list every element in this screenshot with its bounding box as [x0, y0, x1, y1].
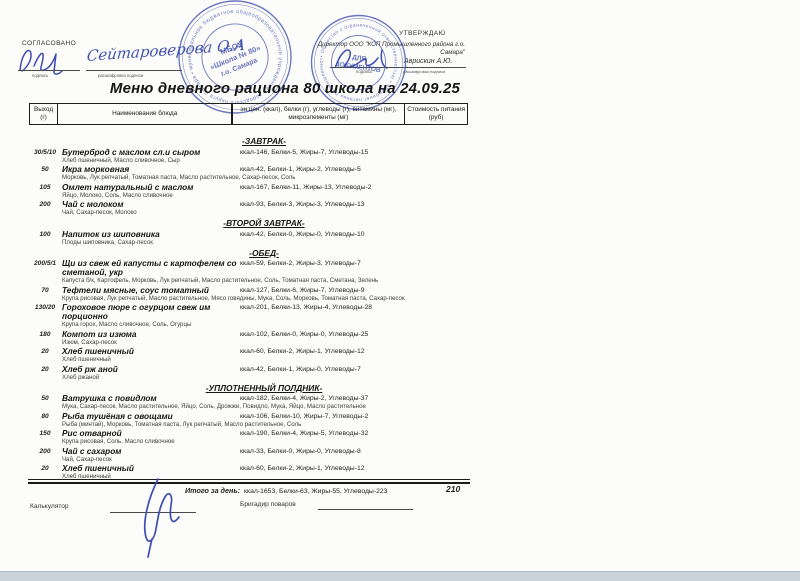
row-portion: 30/5/10 — [30, 148, 60, 157]
section-title: -УПЛОТНЕННЫЙ ПОЛДНИК- — [58, 383, 470, 393]
right-name-line — [402, 67, 466, 68]
dish-nutrition: ккал-93, Белки-3, Жиры-3, Углеводы-13 — [240, 200, 470, 209]
dish-nutrition: ккал-33, Белки-0, Жиры-0, Углеводы-8 — [240, 447, 470, 456]
scan-edge-strip — [0, 571, 800, 581]
row-portion: 20 — [30, 365, 60, 374]
menu-row: 20 Хлеб пшеничный ккал-60, Белки-2, Жиры… — [30, 464, 470, 480]
dish-name: Хлеб пшеничный — [60, 464, 240, 473]
brigadier-sign-line — [318, 509, 413, 510]
menu-row: 200 Чай с сахаром ккал-33, Белки-0, Жиры… — [30, 447, 470, 463]
dish-nutrition: ккал-127, Белки-6, Жиры-7, Углеводы-9 — [240, 286, 470, 295]
company-stamp-line1: ДЛЯ — [352, 54, 367, 63]
totals-rule — [28, 479, 470, 484]
dish-ingredients: Крупа горох, Масло сливочное, Соль, Огур… — [60, 321, 470, 328]
header-cost: Стоимость питания (руб) — [404, 103, 468, 125]
row-portion: 180 — [30, 330, 60, 339]
right-name-caption: расшифровка подписи — [403, 69, 445, 74]
menu-row: 20 Хлеб пшеничный ккал-60, Белки-2, Жиры… — [30, 347, 470, 363]
row-portion: 100 — [30, 230, 60, 239]
left-name-line — [86, 70, 182, 71]
dish-ingredients: Яйцо, Молоко, Соль, Масло сливочное — [60, 192, 470, 199]
dish-nutrition: ккал-60, Белки-2, Жиры-1, Углеводы-12 — [240, 464, 470, 473]
row-portion: 200 — [30, 200, 60, 209]
calculator-signature-ink — [122, 477, 202, 559]
dish-name: Омлет натуральный с маслом — [60, 183, 240, 192]
row-portion: 20 — [30, 347, 60, 356]
dish-ingredients: Чай, Сахар-песок — [60, 456, 470, 463]
dish-ingredients: Крупа рисовая, Лук репчатый, Масло расти… — [60, 295, 470, 302]
dish-name: Тефтели мясные, соус томатный — [60, 286, 240, 295]
dish-nutrition: ккал-190, Белки-4, Жиры-5, Углеводы-32 — [240, 429, 470, 438]
dish-nutrition: ккал-201, Белки-13, Жиры-4, Углеводы-28 — [240, 303, 470, 312]
dish-name: Хлеб рж аной — [60, 365, 240, 374]
menu-row: 30/5/10 Бутерброд с маслом сл.и сыром кк… — [30, 148, 470, 164]
dish-ingredients: Плоды шиповника, Сахар-песок — [60, 239, 470, 246]
dish-nutrition: ккал-167, Белки-11, Жиры-13, Углеводы-2 — [240, 183, 470, 192]
dish-ingredients: Рыба (минтай), Морковь, Томатная паста, … — [60, 421, 470, 428]
menu-row: 200 Чай с молоком ккал-93, Белки-3, Жиры… — [30, 200, 470, 216]
menu-row: 50 Ватрушка с повидлом ккал-182, Белки-4… — [30, 394, 470, 410]
dish-nutrition: ккал-42, Белки-0, Жиры-0, Углеводы-10 — [240, 230, 470, 239]
menu-row: 80 Рыба тушёная с овощами ккал-106, Белк… — [30, 412, 470, 428]
document-title: Меню дневного рациона 80 школа на 24.09.… — [95, 80, 475, 97]
dish-ingredients: Хлеб пшеничный, Масло сливочное, Сыр — [60, 157, 470, 164]
section-title: -ВТОРОЙ ЗАВТРАК- — [58, 218, 470, 228]
header-output-grams: Выход (г) — [29, 103, 58, 125]
row-portion: 50 — [30, 394, 60, 403]
brigadier-label: Бригадир поваров — [240, 501, 296, 508]
row-portion: 20 — [30, 464, 60, 473]
section-title: -ЗАВТРАК- — [58, 136, 470, 146]
dish-ingredients: Чай, Сахар-песок, Молоко — [60, 209, 470, 216]
dish-name: Чай с молоком — [60, 200, 240, 209]
totals-line: Итого за день:ккал-1653, Белки-63, Жиры-… — [185, 486, 387, 495]
left-name-caption: расшифровка подписи — [98, 73, 143, 78]
director-name: Аврискин А.Ю. — [404, 58, 452, 65]
dish-name: Напиток из шиповника — [60, 230, 240, 239]
left-sign-caption: подпись — [32, 73, 48, 78]
row-portion: 105 — [30, 183, 60, 192]
header-nutrition: эн.цен. (ккал), белки (г), углеводы (г),… — [231, 103, 405, 125]
menu-row: 70 Тефтели мясные, соус томатный ккал-12… — [30, 286, 470, 302]
row-portion: 50 — [30, 165, 60, 174]
header-dish-name: Наименование блюда — [57, 103, 233, 125]
menu-row: 100 Напиток из шиповника ккал-42, Белки-… — [30, 230, 470, 246]
dish-name: Бутерброд с маслом сл.и сыром — [60, 148, 240, 157]
dish-name: Компот из изюма — [60, 330, 240, 339]
dish-name: Хлеб пшеничный — [60, 347, 240, 356]
menu-body: -ЗАВТРАК- 30/5/10 Бутерброд с маслом сл.… — [30, 134, 470, 482]
dish-nutrition: ккал-182, Белки-4, Жиры-2, Углеводы-37 — [240, 394, 470, 403]
dish-nutrition: ккал-106, Белки-10, Жиры-7, Углеводы-2 — [240, 412, 470, 421]
row-portion: 200/5/1 — [30, 259, 60, 268]
section-title: -ОБЕД- — [58, 248, 470, 258]
left-sign-line — [18, 70, 80, 71]
dish-name: Икра морковная — [60, 165, 240, 174]
dish-nutrition: ккал-60, Белки-2, Жиры-1, Углеводы-12 — [240, 347, 470, 356]
menu-row: 105 Омлет натуральный с маслом ккал-167,… — [30, 183, 470, 199]
dish-ingredients: Хлеб ржаной — [60, 374, 470, 381]
dish-ingredients: Мука, Сахар-песок, Масло растительное, Я… — [60, 403, 470, 410]
menu-row: 50 Икра морковная ккал-42, Белки-1, Жиры… — [30, 165, 470, 181]
row-portion: 200 — [30, 447, 60, 456]
menu-row: 130/20 Гороховое пюре с огурцом свеж им … — [30, 303, 470, 328]
menu-row: 200/5/1 Щи из свеж ей капусты с картофел… — [30, 259, 470, 284]
dish-name: Щи из свеж ей капусты с картофелем со см… — [60, 259, 240, 277]
dish-nutrition: ккал-42, Белки-1, Жиры-2, Углеводы-5 — [240, 165, 470, 174]
dish-ingredients: Изюм, Сахар-песок — [60, 339, 470, 346]
dish-nutrition: ккал-42, Белки-1, Жиры-0, Углеводы-7 — [240, 365, 470, 374]
total-cost: 210 — [446, 484, 460, 494]
dish-name: Рис отварной — [60, 429, 240, 438]
row-portion: 70 — [30, 286, 60, 295]
dish-name: Чай с сахаром — [60, 447, 240, 456]
row-portion: 130/20 — [30, 303, 60, 312]
dish-ingredients: Капуста б/к, Картофель, Морковь, Лук реп… — [60, 277, 470, 284]
dish-ingredients: Крупа рисовая, Соль, Масло сливочное — [60, 438, 470, 445]
menu-row: 20 Хлеб рж аной ккал-42, Белки-1, Жиры-0… — [30, 365, 470, 381]
totals-values: ккал-1653, Белки-63, Жиры-55, Углеводы-2… — [244, 488, 387, 495]
company-stamp-line2: ДОКУМЕНТОВ — [335, 61, 382, 74]
row-portion: 150 — [30, 429, 60, 438]
dish-nutrition: ккал-102, Белки-0, Жиры-0, Углеводы-25 — [240, 330, 470, 339]
dish-nutrition: ккал-146, Белки-5, Жиры-7, Углеводы-15 — [240, 148, 470, 157]
dish-ingredients: Морковь, Лук репчатый, Томатная паста, М… — [60, 174, 470, 181]
menu-row: 180 Компот из изюма ккал-102, Белки-0, Ж… — [30, 330, 470, 346]
menu-table-header: Выход (г) Наименование блюда эн.цен. (кк… — [29, 103, 470, 125]
scanned-menu-document: СОГЛАСОВАНО подпись Сейтароверова О.А ра… — [0, 0, 800, 581]
row-portion: 80 — [30, 412, 60, 421]
dish-nutrition: ккал-59, Белки-2, Жиры-3, Углеводы-7 — [240, 259, 470, 268]
dish-name: Ватрушка с повидлом — [60, 394, 240, 403]
dish-name: Рыба тушёная с овощами — [60, 412, 240, 421]
dish-ingredients: Хлеб пшеничный — [60, 356, 470, 363]
dish-name: Гороховое пюре с огурцом свеж им порцион… — [60, 303, 240, 321]
calculator-label: Калькулятор — [30, 503, 69, 510]
menu-row: 150 Рис отварной ккал-190, Белки-4, Жиры… — [30, 429, 470, 445]
